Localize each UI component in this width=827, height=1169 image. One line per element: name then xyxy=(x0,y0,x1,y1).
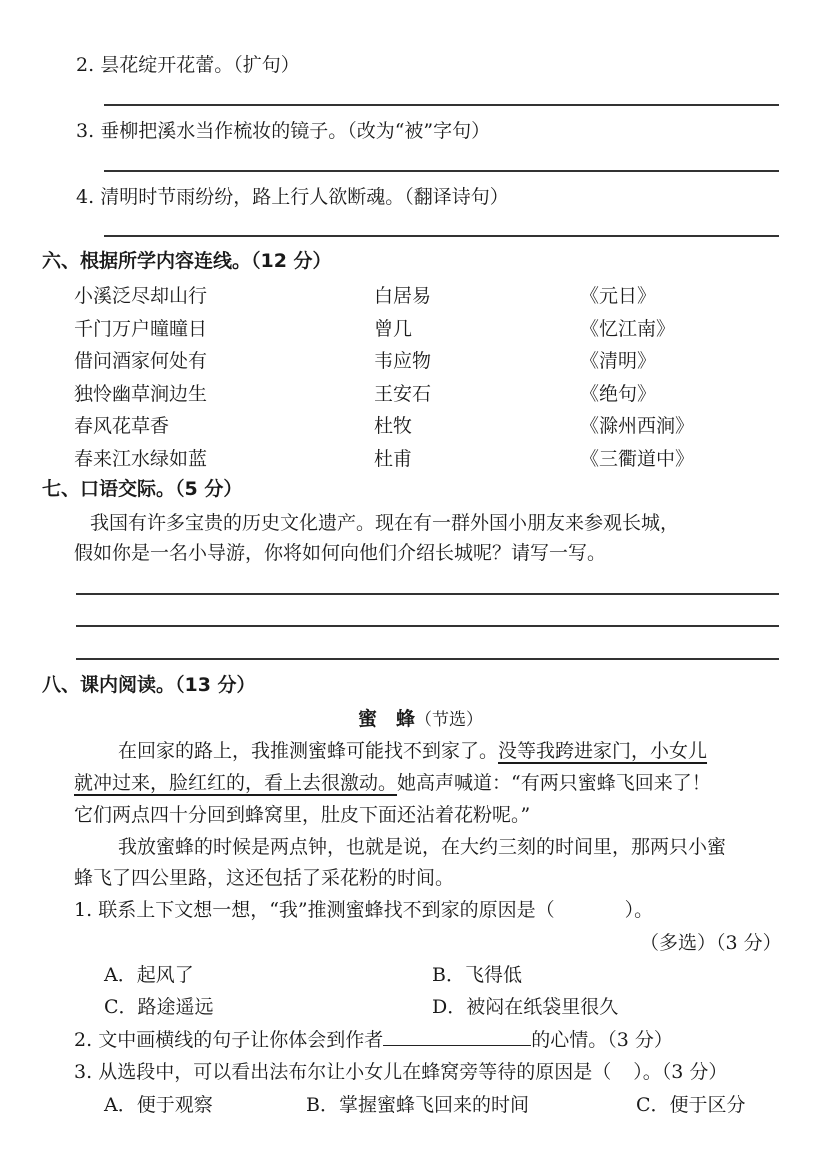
passage-line: 就冲过来，脸红红的，看上去很激动。她高声喊道：“有两只蜜蜂飞回来了！ xyxy=(74,768,711,795)
passage-line: 它们两点四十分回到蜂窝里，肚皮下面还沾着花粉呢。” xyxy=(74,800,530,827)
underlined-sentence: 就冲过来，脸红红的，看上去很激动。 xyxy=(74,772,397,794)
poem-title-item[interactable]: 《三衢道中》 xyxy=(580,443,694,476)
question-text: 从选段中，可以看出法布尔让小女儿在蜂窝旁等待的原因是（ xyxy=(98,1061,611,1083)
verse-item[interactable]: 小溪泛尽却山行 xyxy=(74,280,207,313)
question-number: 2. xyxy=(76,54,94,76)
passage-line: 我放蜜蜂的时候是两点钟，也就是说，在大约三刻的时间里，那两只小蜜 xyxy=(118,832,726,859)
poem-title-item[interactable]: 《绝句》 xyxy=(580,378,694,411)
question-text: 垂柳把溪水当作梳妆的镜子。（改为“被”字句） xyxy=(100,120,490,142)
option-a[interactable]: A．起风了 xyxy=(104,960,194,987)
poet-item[interactable]: 王安石 xyxy=(374,378,431,411)
reading-question-1: 1. 联系上下文想一想，“我”推测蜜蜂找不到家的原因是（）。 xyxy=(74,895,653,922)
poet-item[interactable]: 杜甫 xyxy=(374,443,431,476)
answer-line[interactable] xyxy=(76,593,779,595)
option-d[interactable]: D．被闷在纸袋里很久 xyxy=(432,992,618,1019)
poet-item[interactable]: 杜牧 xyxy=(374,410,431,443)
passage-text: 她高声喊道：“有两只蜜蜂飞回来了！ xyxy=(397,772,711,794)
passage-text: 在回家的路上，我推测蜜蜂可能找不到家了。 xyxy=(118,740,498,762)
question-number: 3. xyxy=(74,1061,92,1083)
section-8-title: 八、课内阅读。（13 分） xyxy=(42,670,256,697)
poem-title-item[interactable]: 《元日》 xyxy=(580,280,694,313)
verse-item[interactable]: 独怜幽草涧边生 xyxy=(74,378,207,411)
poem-title-item[interactable]: 《滁州西涧》 xyxy=(580,410,694,443)
passage-line: 蜂飞了四公里路，这还包括了采花粉的时间。 xyxy=(74,863,454,890)
question-text: 昙花绽开花蕾。（扩句） xyxy=(100,54,300,76)
option-a[interactable]: A．便于观察 xyxy=(104,1090,213,1117)
question-number: 2. xyxy=(74,1029,92,1051)
answer-line[interactable] xyxy=(104,104,779,106)
question-text: ）。 xyxy=(625,899,654,921)
question-3: 3. 垂柳把溪水当作梳妆的镜子。（改为“被”字句） xyxy=(76,116,490,143)
question-text: 文中画横线的句子让你体会到作者 xyxy=(98,1029,383,1051)
option-c[interactable]: C．路途遥远 xyxy=(104,992,214,1019)
passage-subtitle: （节选） xyxy=(415,710,483,730)
poet-column: 白居易 曾几 韦应物 王安石 杜牧 杜甫 xyxy=(374,280,431,475)
answer-line[interactable] xyxy=(104,235,779,237)
poet-item[interactable]: 韦应物 xyxy=(374,345,431,378)
poem-title-item[interactable]: 《忆江南》 xyxy=(580,313,694,346)
question-number: 4. xyxy=(76,186,94,208)
question-note: （多选）（3 分） xyxy=(640,928,782,955)
option-b[interactable]: B．飞得低 xyxy=(432,960,522,987)
verse-item[interactable]: 春风花草香 xyxy=(74,410,207,443)
verse-item[interactable]: 借问酒家何处有 xyxy=(74,345,207,378)
title-column: 《元日》 《忆江南》 《清明》 《绝句》 《滁州西涧》 《三衢道中》 xyxy=(580,280,694,475)
option-b[interactable]: B．掌握蜜蜂飞回来的时间 xyxy=(306,1090,529,1117)
section-7-title: 七、口语交际。（5 分） xyxy=(42,474,242,501)
verse-item[interactable]: 千门万户曈曈日 xyxy=(74,313,207,346)
question-text: 清明时节雨纷纷，路上行人欲断魂。（翻译诗句） xyxy=(100,186,509,208)
question-2: 2. 昙花绽开花蕾。（扩句） xyxy=(76,50,300,77)
answer-line[interactable] xyxy=(76,658,779,660)
question-number: 3. xyxy=(76,120,94,142)
underlined-sentence: 没等我跨进家门，小女儿 xyxy=(498,740,707,762)
answer-line[interactable] xyxy=(76,625,779,627)
question-text: 联系上下文想一想，“我”推测蜜蜂找不到家的原因是（ xyxy=(98,899,554,921)
verse-item[interactable]: 春来江水绿如蓝 xyxy=(74,443,207,476)
option-c[interactable]: C．便于区分 xyxy=(636,1090,746,1117)
poet-item[interactable]: 白居易 xyxy=(374,280,431,313)
passage-title: 蜜 蜂（节选） xyxy=(358,704,483,731)
reading-question-3: 3. 从选段中，可以看出法布尔让小女儿在蜂窝旁等待的原因是（）。（3 分） xyxy=(74,1057,727,1084)
question-text: ）。（3 分） xyxy=(633,1061,727,1083)
poem-title-item[interactable]: 《清明》 xyxy=(580,345,694,378)
passage-title-text: 蜜 蜂 xyxy=(358,708,415,730)
question-text: 的心情。（3 分） xyxy=(531,1029,673,1051)
question-number: 1. xyxy=(74,899,92,921)
answer-line[interactable] xyxy=(104,170,779,172)
question-4: 4. 清明时节雨纷纷，路上行人欲断魂。（翻译诗句） xyxy=(76,182,509,209)
answer-blank[interactable] xyxy=(383,1027,531,1046)
poet-item[interactable]: 曾几 xyxy=(374,313,431,346)
prompt-line-2: 假如你是一名小导游，你将如何向他们介绍长城呢？请写一写。 xyxy=(74,538,606,565)
reading-question-2: 2. 文中画横线的句子让你体会到作者的心情。（3 分） xyxy=(74,1025,673,1052)
verse-column: 小溪泛尽却山行 千门万户曈曈日 借问酒家何处有 独怜幽草涧边生 春风花草香 春来… xyxy=(74,280,207,475)
passage-line: 在回家的路上，我推测蜜蜂可能找不到家了。没等我跨进家门，小女儿 xyxy=(118,736,707,763)
section-6-title: 六、根据所学内容连线。（12 分） xyxy=(42,246,332,273)
prompt-line-1: 我国有许多宝贵的历史文化遗产。现在有一群外国小朋友来参观长城， xyxy=(90,508,679,535)
